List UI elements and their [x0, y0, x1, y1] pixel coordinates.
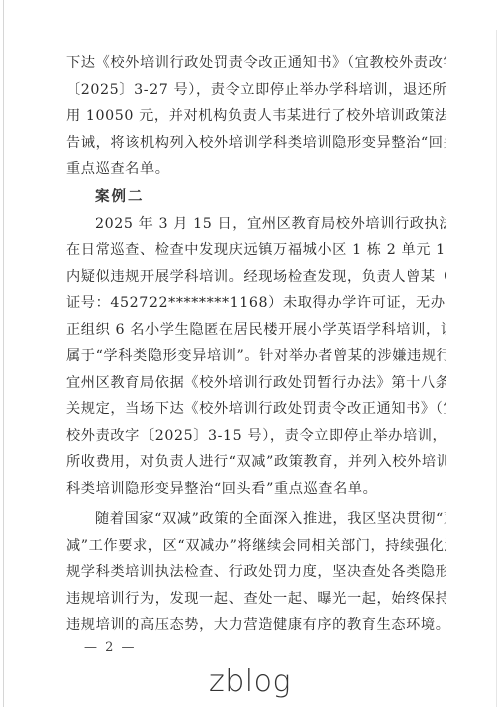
case-two-heading: 案例二	[66, 183, 446, 211]
text-line: 告诫，将该机构列入校外培训学科类培训隐形变异整治“回头看”	[66, 130, 446, 157]
text-line: 2025 年 3 月 15 日，宜州区教育局校外培训行政执法工作组	[66, 211, 446, 238]
text-line: 所收费用，对负责人进行“双减”政策教育，并列入校外培训学	[66, 449, 446, 476]
text-line: 随着国家“双减”政策的全面深入推进，我区坚决贯彻“双	[66, 506, 446, 533]
text-line: 重点巡查名单。	[66, 156, 446, 183]
text-line: 关规定，当场下达《校外培训行政处罚责令改正通知书》（宜教	[66, 396, 446, 423]
text-line: 宜州区教育局依据《校外培训行政处罚暂行办法》第十八条等相	[66, 370, 446, 397]
text-line: 下达《校外培训行政处罚责令改正通知书》（宜教校外责改字	[66, 50, 446, 77]
document-page: 下达《校外培训行政处罚责令改正通知书》（宜教校外责改字 〔2025〕3-27 号…	[66, 50, 446, 639]
text-line: 〔2025〕3-27 号），责令立即停止举办学科培训，退还所收费	[66, 77, 446, 104]
page-number: — 2 —	[84, 640, 137, 655]
text-line: 违规培训行为，发现一起、查处一起、曝光一起，始终保持整治	[66, 586, 446, 613]
watermark-text: zblog	[0, 664, 500, 699]
text-line: 证号：452722********1168）未取得办学许可证，无办学资质，	[66, 290, 446, 317]
scan-border-left	[3, 0, 4, 707]
paragraph-case-two: 2025 年 3 月 15 日，宜州区教育局校外培训行政执法工作组 在日常巡查、…	[66, 211, 446, 503]
text-line: 在日常巡查、检查中发现庆远镇万福城小区 1 栋 2 单元 1401 房	[66, 237, 446, 264]
text-line: 校外责改字〔2025〕3-15 号），责令立即停止举办培训，退还	[66, 423, 446, 450]
scan-border-right	[496, 30, 497, 707]
paragraph-case-one-conclusion: 下达《校外培训行政处罚责令改正通知书》（宜教校外责改字 〔2025〕3-27 号…	[66, 50, 446, 183]
text-line: 科类培训隐形变异整治“回头看”重点巡查名单。	[66, 476, 446, 503]
text-line: 内疑似违规开展学科培训。经现场检查发现，负责人曾某（身份	[66, 264, 446, 291]
text-line: 减”工作要求，区“双减办”将继续会同相关部门，持续强化违	[66, 533, 446, 560]
text-line: 正组织 6 名小学生隐匿在居民楼开展小学英语学科培训，该行为	[66, 317, 446, 344]
paragraph-summary: 随着国家“双减”政策的全面深入推进，我区坚决贯彻“双 减”工作要求，区“双减办”…	[66, 506, 446, 639]
text-line: 违规培训的高压态势，大力营造健康有序的教育生态环境。	[66, 612, 446, 639]
text-line: 属于“学科类隐形变异培训”。针对举办者曾某的涉嫌违规行为，	[66, 343, 446, 370]
text-line: 用 10050 元，并对机构负责人韦某进行了校外培训政策法规约谈	[66, 103, 446, 130]
text-line: 规学科类培训执法检查、行政处罚力度，坚决查处各类隐形变异	[66, 559, 446, 586]
